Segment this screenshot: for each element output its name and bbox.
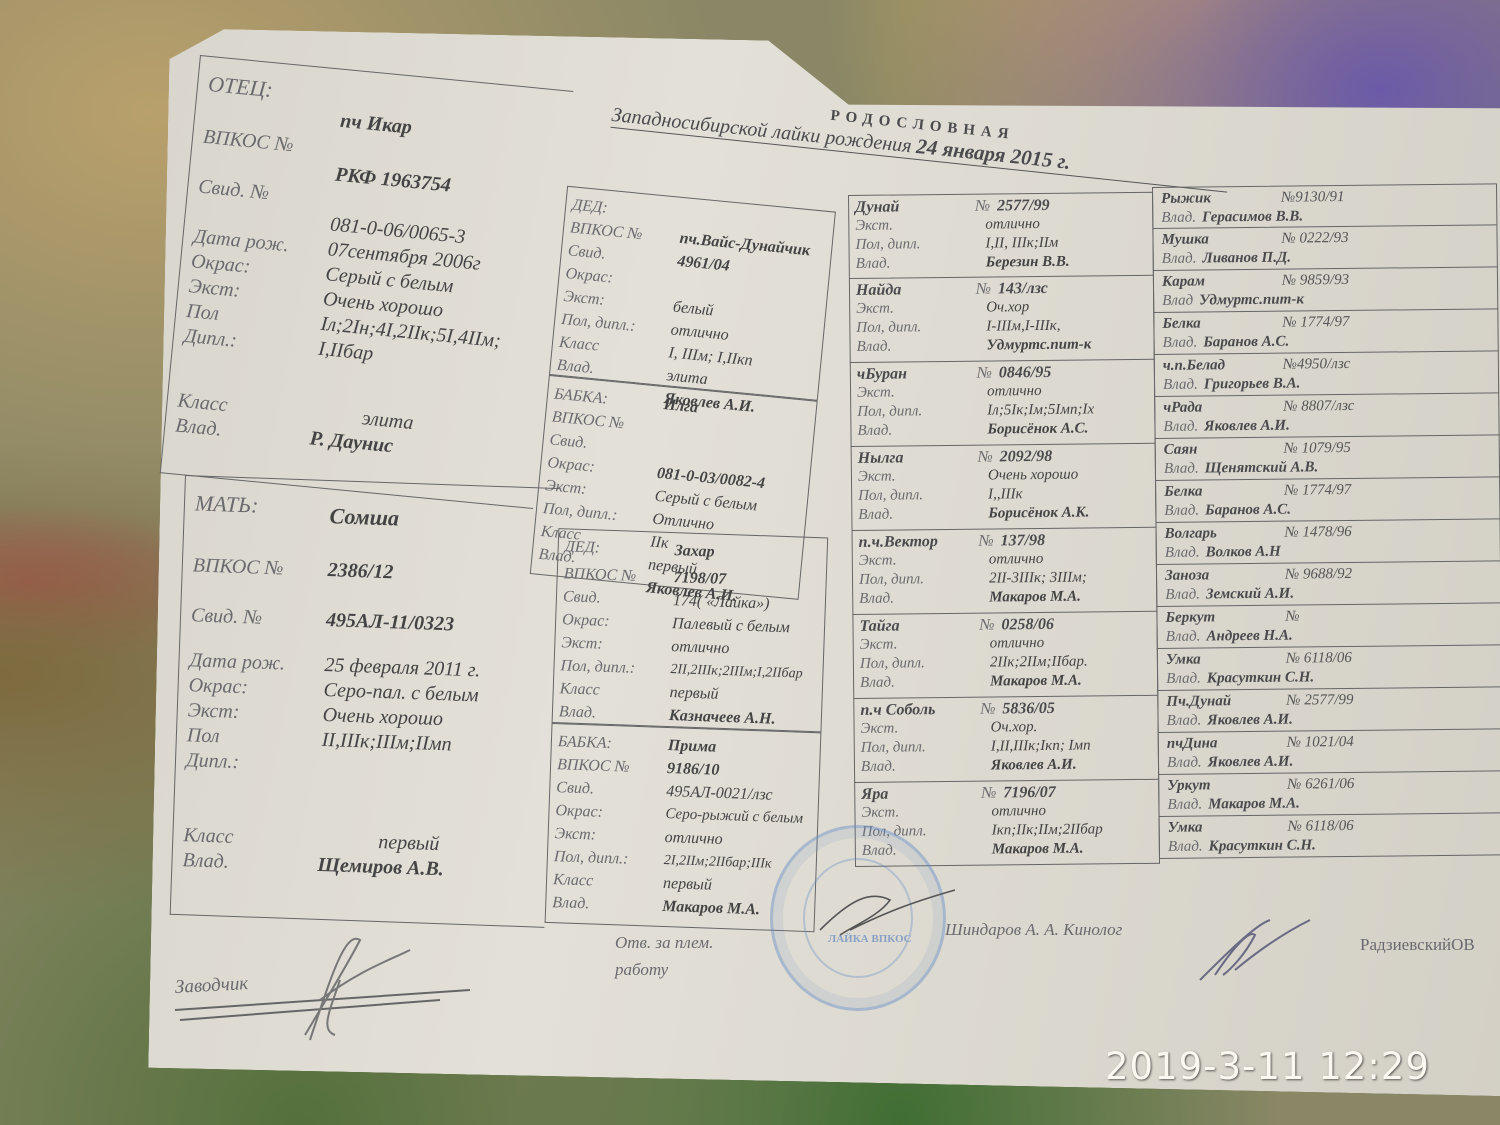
- gggp-name: Умка: [1166, 650, 1286, 670]
- gggp-number: № 0222/93: [1281, 229, 1348, 249]
- dam-label: МАТЬ:: [194, 490, 330, 528]
- great-great-grandparent-cell: Умка№ 6118/06Влад.Красуткин С.Н.: [1157, 645, 1500, 691]
- gggp-name: Волгарь: [1165, 524, 1285, 544]
- ggp-name: Дунай: [855, 197, 975, 217]
- responsible-label-2: работу: [615, 960, 668, 980]
- gggp-number: № 9859/93: [1282, 271, 1349, 291]
- pedigree-document: РОДОСЛОВНАЯ Западносибирской лайки рожде…: [200, 55, 1500, 925]
- ggp-exterior: отлично: [990, 634, 1045, 654]
- ggp-diplomas: 2IIк;2IIм;IIбар.: [990, 653, 1088, 673]
- gggp-owner: Баранов А.С.: [1203, 333, 1289, 353]
- great-grandparent-cell: п.ч Соболь№5836/05Экст.Оч.хор.Пол, дипл.…: [853, 696, 1159, 783]
- dam-class: первый: [378, 830, 440, 857]
- gggp-owner: Земский А.И.: [1206, 585, 1294, 605]
- dam-section: МАТЬ:Сомша ВПКОС №2386/12 Свид. №495АЛ-1…: [170, 475, 560, 928]
- gggp-owner: Удмуртс.пит-к: [1199, 290, 1304, 310]
- ggp-owner: Березин В.В.: [986, 253, 1070, 273]
- sire-diplomas-2: I,IIбар: [317, 337, 374, 367]
- ggp-name: Яра: [861, 784, 981, 804]
- gggp-owner: Макаров М.А.: [1208, 794, 1300, 814]
- gggp-owner-label: Влад.: [1167, 754, 1202, 773]
- gggp-name: Уркут: [1167, 776, 1287, 796]
- ggp-owner: Удмуртс.пит-к: [986, 335, 1091, 355]
- gggp-owner-label: Влад.: [1166, 670, 1201, 689]
- ggp-diplomas-label: Пол, дипл.: [861, 738, 991, 758]
- gp3-vpkos: 7198/07: [673, 566, 726, 591]
- gggp-owner: Андреев Н.А.: [1206, 627, 1292, 647]
- gggp-owner: Красуткин С.Н.: [1209, 836, 1316, 856]
- gggp-owner-label: Влад.: [1167, 796, 1202, 815]
- gggp-owner-label: Влад.: [1163, 376, 1198, 395]
- dam-owner: Щемиров А.В.: [317, 853, 444, 882]
- gggp-owner-label: Влад.: [1161, 209, 1196, 228]
- great-great-grandparent-cell: пчДина№ 1021/04Влад.Яковлев А.И.: [1158, 729, 1500, 775]
- ggp-exterior: Очень хорошо: [988, 466, 1078, 486]
- number-sign: №: [975, 196, 997, 215]
- ggp-owner-label: Влад.: [858, 505, 988, 525]
- great-great-grandparent-cell: Умка№ 6118/06Влад.Красуткин С.Н.: [1159, 813, 1500, 859]
- ggp-exterior-label: Экст.: [859, 551, 989, 571]
- ggp-diplomas-label: Пол, дипл.: [858, 486, 988, 506]
- ggp-name: Тайга: [859, 616, 979, 636]
- ggp-exterior-label: Экст.: [860, 635, 990, 655]
- ggp-owner: Макаров М.А.: [992, 840, 1084, 860]
- sire-section: ОТЕЦ: пч Икар ВПКОС № РКФ 1963754 Свид. …: [160, 55, 574, 509]
- ggp-exterior-label: Экст.: [861, 803, 991, 823]
- ggp-owner-label: Влад.: [857, 421, 987, 441]
- ggp-diplomas: Iл;5Iк;Iм;5Iмп;Iх: [987, 400, 1094, 420]
- ggp-name: п.ч Соболь: [860, 700, 980, 720]
- ggp-diplomas-label: Пол, дипл.: [857, 402, 987, 422]
- gggp-name: ч.п.Белад: [1163, 356, 1283, 376]
- ggp-owner-label: Влад.: [860, 673, 990, 693]
- ggp-exterior: отлично: [989, 550, 1044, 570]
- dam-svid-label: Свид. №: [191, 603, 327, 633]
- great-grandparent-cell: п.ч.Вектор№137/98Экст.отличноПол, дипл.2…: [852, 528, 1158, 615]
- document-title: РОДОСЛОВНАЯ Западносибирской лайки рожде…: [611, 85, 1232, 193]
- ggp-name: чБуран: [857, 364, 977, 384]
- gggp-owner-label: Влад.: [1165, 544, 1200, 563]
- ggp-name: п.ч.Вектор: [859, 532, 979, 552]
- ggp-owner: Борисёнок А.К.: [988, 503, 1089, 523]
- ggp-owner-label: Влад.: [859, 589, 989, 609]
- ggp-diplomas: 2II-3IIIк; 3IIIм;: [989, 569, 1087, 589]
- gggp-owner: Яковлев А.И.: [1207, 711, 1293, 731]
- number-sign: №: [978, 447, 1000, 466]
- gggp-name: Пч.Дунай: [1166, 692, 1286, 712]
- gp4-class: первый: [663, 872, 713, 897]
- ggp-number: 5836/05: [1002, 699, 1055, 719]
- gggp-owner-label: Влад.: [1163, 418, 1198, 437]
- ggp-owner: Борисёнок А.С.: [987, 419, 1088, 439]
- great-great-grandparent-cell: Заноза№ 9688/92Влад.Земский А.И.: [1156, 561, 1500, 607]
- ggp-exterior: отлично: [987, 382, 1042, 402]
- ggp-owner: Макаров М.А.: [990, 672, 1082, 692]
- ggp-number: 2092/98: [1000, 447, 1053, 467]
- ggp-number: 137/98: [1001, 531, 1046, 550]
- gggp-number: № 1021/04: [1287, 733, 1354, 753]
- gggp-number: № 1079/95: [1284, 439, 1351, 459]
- great-great-grandparents-column: Рыжик№9130/91Влад.Герасимов В.В.Мушка№ 0…: [1152, 183, 1500, 859]
- gp3-name: Захар: [674, 539, 715, 563]
- gggp-name: Карам: [1162, 272, 1282, 292]
- ggp-exterior-label: Экст.: [858, 467, 988, 487]
- gggp-name: Белка: [1164, 482, 1284, 502]
- gggp-owner: Ливанов П.Д.: [1202, 249, 1291, 269]
- ggp-exterior: отлично: [985, 215, 1040, 235]
- gggp-name: пчДина: [1167, 734, 1287, 754]
- gggp-name: Мушка: [1161, 230, 1281, 250]
- dam-name: Сомша: [329, 503, 399, 530]
- breeder-signature: [170, 920, 490, 1050]
- gggp-owner-label: Влад.: [1166, 628, 1201, 647]
- gp4-owner: Макаров М.А.: [662, 895, 761, 921]
- cynologist-signature: [1195, 915, 1315, 985]
- dam-svid: 495АЛ-11/0323: [326, 608, 455, 637]
- gggp-number: № 1478/96: [1285, 523, 1352, 543]
- gggp-owner: Герасимов В.В.: [1202, 207, 1303, 227]
- gp4-exterior: отлично: [664, 826, 723, 851]
- gggp-name: Рыжик: [1161, 189, 1281, 209]
- gggp-name: Умка: [1168, 818, 1288, 838]
- ggp-owner: Макаров М.А.: [989, 588, 1081, 608]
- gp4-vpkos: 9186/10: [667, 757, 720, 782]
- great-great-grandparent-cell: чРада№ 8807/лзсВлад.Яковлев А.И.: [1154, 393, 1499, 439]
- gggp-name: Белка: [1162, 314, 1282, 334]
- number-sign: №: [977, 363, 999, 382]
- gp3-svid: 174( «Лайка»): [673, 589, 770, 615]
- gp3-role: ДЕД:: [564, 535, 675, 562]
- ggp-number: 7196/07: [1003, 783, 1056, 803]
- dam-diplomas: II,IIIк;IIIм;IIмп: [321, 728, 452, 758]
- ggp-number: 0846/95: [999, 363, 1052, 383]
- gggp-owner-label: Влад.: [1165, 586, 1200, 605]
- number-sign: №: [976, 279, 998, 298]
- great-grandparent-cell: Найда№143/лзсЭкст.Оч.хорПол, дипл.I-IIIм…: [849, 276, 1155, 363]
- gggp-owner-label: Влад.: [1164, 460, 1199, 479]
- number-sign: №: [979, 615, 1001, 634]
- gggp-owner-label: Влад.: [1168, 838, 1203, 857]
- gggp-owner: Яковлев А.И.: [1208, 753, 1294, 773]
- ggp-diplomas-label: Пол, дипл.: [859, 570, 989, 590]
- ggp-number: 143/лзс: [998, 279, 1048, 299]
- gp3-class: первый: [669, 681, 719, 706]
- stamp-signature: [810, 880, 960, 950]
- ggp-exterior-label: Экст.: [860, 719, 990, 739]
- great-great-grandparent-cell: Белка№ 1774/97Влад.Баранов А.С.: [1153, 309, 1498, 355]
- number-sign: №: [981, 783, 1003, 802]
- ggp-diplomas-label: Пол, дипл.: [855, 235, 985, 255]
- ggp-diplomas: I,,IIIк: [988, 485, 1023, 504]
- gggp-number: № 1774/97: [1284, 481, 1351, 501]
- dam-vpkos-label: ВПКОС №: [192, 553, 328, 583]
- gggp-owner: Волков А.Н: [1205, 543, 1280, 563]
- ggp-number: 2577/99: [997, 196, 1050, 216]
- dam-owner-label: Влад.: [182, 848, 318, 878]
- ggp-exterior: Оч.хор: [986, 298, 1029, 317]
- signatory-name: РадзиевскийОВ: [1360, 935, 1475, 955]
- gggp-owner-label: Влад.: [1163, 334, 1198, 353]
- gp2-name: Илга: [663, 393, 700, 419]
- ggp-owner-label: Влад.: [856, 254, 986, 274]
- gggp-owner: Баранов А.С.: [1205, 501, 1291, 521]
- dam-dipl-label: Дипл.:: [186, 748, 322, 778]
- gggp-owner-label: Влад: [1162, 292, 1193, 311]
- gggp-number: № 6118/06: [1288, 817, 1354, 837]
- gggp-owner: Щенятский А.В.: [1205, 458, 1319, 478]
- great-grandparent-cell: Тайга№0258/06Экст.отличноПол, дипл.2IIк;…: [852, 612, 1158, 699]
- ggp-number: 0258/06: [1001, 615, 1054, 635]
- ggp-owner-label: Влад.: [856, 337, 986, 357]
- gggp-name: чРада: [1163, 398, 1283, 418]
- great-grandparent-cell: Дунай№2577/99Экст.отличноПол, дипл.I,II,…: [848, 192, 1154, 279]
- responsible-label-1: Отв. за плем.: [615, 933, 713, 953]
- ggp-owner-label: Влад.: [861, 757, 991, 777]
- great-great-grandparent-cell: Пч.Дунай№ 2577/99Влад.Яковлев А.И.: [1157, 687, 1500, 733]
- photo-timestamp: 2019-3-11 12:29: [1105, 1045, 1430, 1088]
- ggp-name: Нылга: [858, 448, 978, 468]
- gggp-number: № 2577/99: [1286, 691, 1353, 711]
- gggp-name: Заноза: [1165, 566, 1285, 586]
- ggp-name: Найда: [856, 280, 976, 300]
- gggp-owner-label: Влад.: [1162, 250, 1197, 269]
- gp4-name: Прима: [667, 734, 716, 759]
- gggp-owner-label: Влад.: [1166, 712, 1201, 731]
- gggp-name: Саян: [1164, 440, 1284, 460]
- ggp-exterior: отлично: [991, 802, 1046, 822]
- ggp-exterior-label: Экст.: [856, 299, 986, 319]
- gggp-owner: Григорьев В.А.: [1204, 374, 1301, 394]
- gp1-vpkos: 4961/04: [676, 250, 730, 278]
- gggp-owner: Яковлев А.И.: [1204, 417, 1290, 437]
- great-great-grandparent-cell: Саян№ 1079/95Влад.Щенятский А.В.: [1155, 435, 1500, 481]
- gggp-number: №4950/лзс: [1283, 355, 1351, 375]
- great-great-grandparent-cell: Волгарь№ 1478/96Влад.Волков А.Н: [1156, 519, 1500, 565]
- gggp-name: Беркут: [1165, 608, 1285, 628]
- ggp-diplomas: Iкп;IIк;IIм;2IIбар: [992, 820, 1103, 840]
- great-great-grandparent-cell: Карам№ 9859/93ВладУдмуртс.пит-к: [1153, 267, 1498, 313]
- ggp-owner: Яковлев А.И.: [991, 756, 1077, 776]
- ggp-exterior-label: Экст.: [857, 383, 987, 403]
- ggp-diplomas: I-IIIм,I-IIIк,: [986, 317, 1060, 337]
- gggp-number: № 6261/06: [1287, 775, 1354, 795]
- gggp-number: №: [1285, 607, 1299, 626]
- great-great-grandparent-cell: Рыжик№9130/91Влад.Герасимов В.В.: [1152, 183, 1497, 229]
- ggp-diplomas-label: Пол, дипл.: [860, 654, 990, 674]
- great-grandparent-cell: Нылга№2092/98Экст.Очень хорошоПол, дипл.…: [851, 444, 1157, 531]
- great-great-grandparent-cell: Беркут№Влад.Андреев Н.А.: [1156, 603, 1500, 649]
- ggp-diplomas: I,II, IIIк;IIм: [985, 234, 1058, 254]
- gggp-number: № 1774/97: [1282, 313, 1349, 333]
- number-sign: №: [980, 699, 1002, 718]
- great-grandparents-column: Дунай№2577/99Экст.отличноПол, дипл.I,II,…: [848, 192, 1160, 867]
- gggp-number: № 8807/лзс: [1283, 397, 1354, 417]
- grandparent-3: ДЕД:Захар ВПКОС №7198/07 Свид.174( «Лайк…: [552, 528, 829, 732]
- gggp-number: №9130/91: [1281, 188, 1345, 208]
- gggp-number: № 9688/92: [1285, 565, 1352, 585]
- dam-vpkos: 2386/12: [327, 558, 393, 585]
- great-great-grandparent-cell: Уркут№ 6261/06Влад.Макаров М.А.: [1158, 771, 1500, 817]
- gp4-owner-label: Влад.: [552, 891, 663, 918]
- cynologist-name: Шиндаров А. А. Кинолог: [945, 920, 1122, 940]
- great-great-grandparent-cell: Белка№ 1774/97Влад.Баранов А.С.: [1155, 477, 1500, 523]
- ggp-exterior: Оч.хор.: [990, 718, 1037, 737]
- number-sign: №: [979, 531, 1001, 550]
- gp3-exterior: отлично: [671, 635, 730, 660]
- gggp-number: № 6118/06: [1286, 649, 1352, 669]
- ggp-diplomas: I,II,IIIк;Iкп; Iмп: [991, 736, 1091, 756]
- gggp-owner-label: Влад.: [1164, 502, 1199, 521]
- grandparent-1: ДЕД: ВПКОС №пч.Вайс-Дунайчик Свид.4961/0…: [549, 186, 836, 401]
- ggp-exterior-label: Экст.: [855, 216, 985, 236]
- great-great-grandparent-cell: ч.п.Белад№4950/лзсВлад.Григорьев В.А.: [1154, 351, 1499, 397]
- ggp-diplomas-label: Пол, дипл.: [856, 318, 986, 338]
- great-great-grandparent-cell: Мушка№ 0222/93Влад.Ливанов П.Д.: [1152, 225, 1497, 271]
- great-grandparent-cell: чБуран№0846/95Экст.отличноПол, дипл.Iл;5…: [850, 360, 1156, 447]
- gggp-owner: Красуткин С.Н.: [1207, 668, 1314, 688]
